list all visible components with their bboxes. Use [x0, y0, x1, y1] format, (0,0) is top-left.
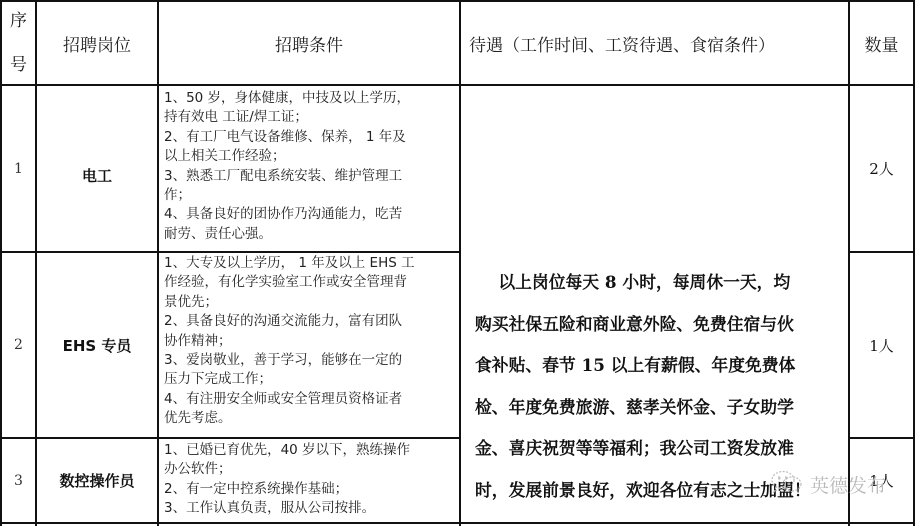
benefits-line: 金、喜庆祝贺等等福利；我公司工资发放准: [475, 428, 811, 470]
benefits-line: 食补贴、春节 15 以上有薪假、年度免费体: [475, 345, 811, 387]
condition-line: 4、具备良好的团协作乃沟通能力，吃苦: [164, 205, 410, 224]
condition-line: 压力下完成工作；: [164, 370, 415, 389]
condition-line: 3、熟悉工厂配电系统安装、维护管理工: [164, 167, 410, 186]
table-row-3-conditions: 1、已婚已育优先，40 岁以下，熟练操作 办公软件； 2、有一定中控系统操作基础…: [159, 439, 459, 522]
condition-line: 2、有工厂电气设备维修、保养， 1 年及: [164, 128, 410, 147]
condition-line: 优先考虑。: [164, 409, 415, 428]
header-seq-line1: 序: [10, 0, 27, 43]
header-seq-line2: 号: [10, 43, 27, 87]
table-row-1-quantity: 2人: [850, 86, 913, 251]
condition-line: 2、具备良好的沟通交流能力，富有团队: [164, 312, 415, 331]
condition-line: 持有效电 工证/焊工证；: [164, 108, 410, 127]
benefits-line: 以上岗位每天 8 小时，每周休一天，均: [475, 262, 811, 304]
condition-line: 协作精神；: [164, 332, 415, 351]
table-row-2-conditions: 1、大专及以上学历， 1 年及以上 EHS 工 作经验，有化学实验室工作或安全管…: [159, 253, 459, 437]
condition-line: 4、有注册安全师或安全管理员资格证者: [164, 390, 415, 409]
condition-line: 以上相关工作经验；: [164, 147, 410, 166]
condition-line: 耐劳、责任心强。: [164, 225, 410, 244]
header-conditions: 招聘条件: [159, 2, 459, 84]
benefits-line: 检、年度免费旅游、慈孝关怀金、子女助学: [475, 387, 811, 429]
condition-line: 作经验，有化学实验室工作或安全管理背: [164, 273, 415, 292]
table-row-3-seq: 3: [2, 439, 35, 522]
header-position: 招聘岗位: [37, 2, 157, 84]
benefits-line: 购买社保五险和商业意外险、免费住宿与伙: [475, 304, 811, 346]
condition-line: 景优先；: [164, 293, 415, 312]
condition-line: 办公软件；: [164, 460, 410, 479]
table-row-2-quantity: 1人: [850, 253, 913, 437]
table-row-1-seq: 1: [2, 86, 35, 251]
condition-line: 3、爱岗敬业，善于学习，能够在一定的: [164, 351, 415, 370]
header-seq: 序 号: [2, 2, 35, 84]
benefits-line: 时，发展前景良好，欢迎各位有志之士加盟！: [475, 470, 811, 512]
condition-line: 1、50 岁，身体健康，中技及以上学历，: [164, 89, 410, 108]
condition-line: 作；: [164, 186, 410, 205]
table-row-1-position: 电工: [37, 86, 157, 251]
table-row-3-quantity: 1人: [850, 439, 913, 522]
table-row-3-position: 数控操作员: [37, 439, 157, 522]
recruitment-table: 序 号 招聘岗位 招聘条件 待遇（工作时间、工资待遇、食宿条件） 数量 1 电工…: [0, 0, 915, 526]
condition-line: 2、有一定中控系统操作基础；: [164, 480, 410, 499]
header-quantity: 数量: [850, 2, 913, 84]
table-row-2-position: EHS 专员: [37, 253, 157, 437]
table-row-2-seq: 2: [2, 253, 35, 437]
condition-line: 3、工作认真负责，服从公司按排。: [164, 499, 410, 518]
table-row-1-conditions: 1、50 岁，身体健康，中技及以上学历， 持有效电 工证/焊工证； 2、有工厂电…: [159, 86, 459, 251]
table-border-bottom: [0, 522, 915, 524]
benefits-cell: 以上岗位每天 8 小时，每周休一天，均 购买社保五险和商业意外险、免费住宿与伙 …: [461, 86, 848, 522]
header-benefits: 待遇（工作时间、工资待遇、食宿条件）: [461, 2, 848, 84]
condition-line: 1、大专及以上学历， 1 年及以上 EHS 工: [164, 254, 415, 273]
condition-line: 1、已婚已育优先，40 岁以下，熟练操作: [164, 441, 410, 460]
